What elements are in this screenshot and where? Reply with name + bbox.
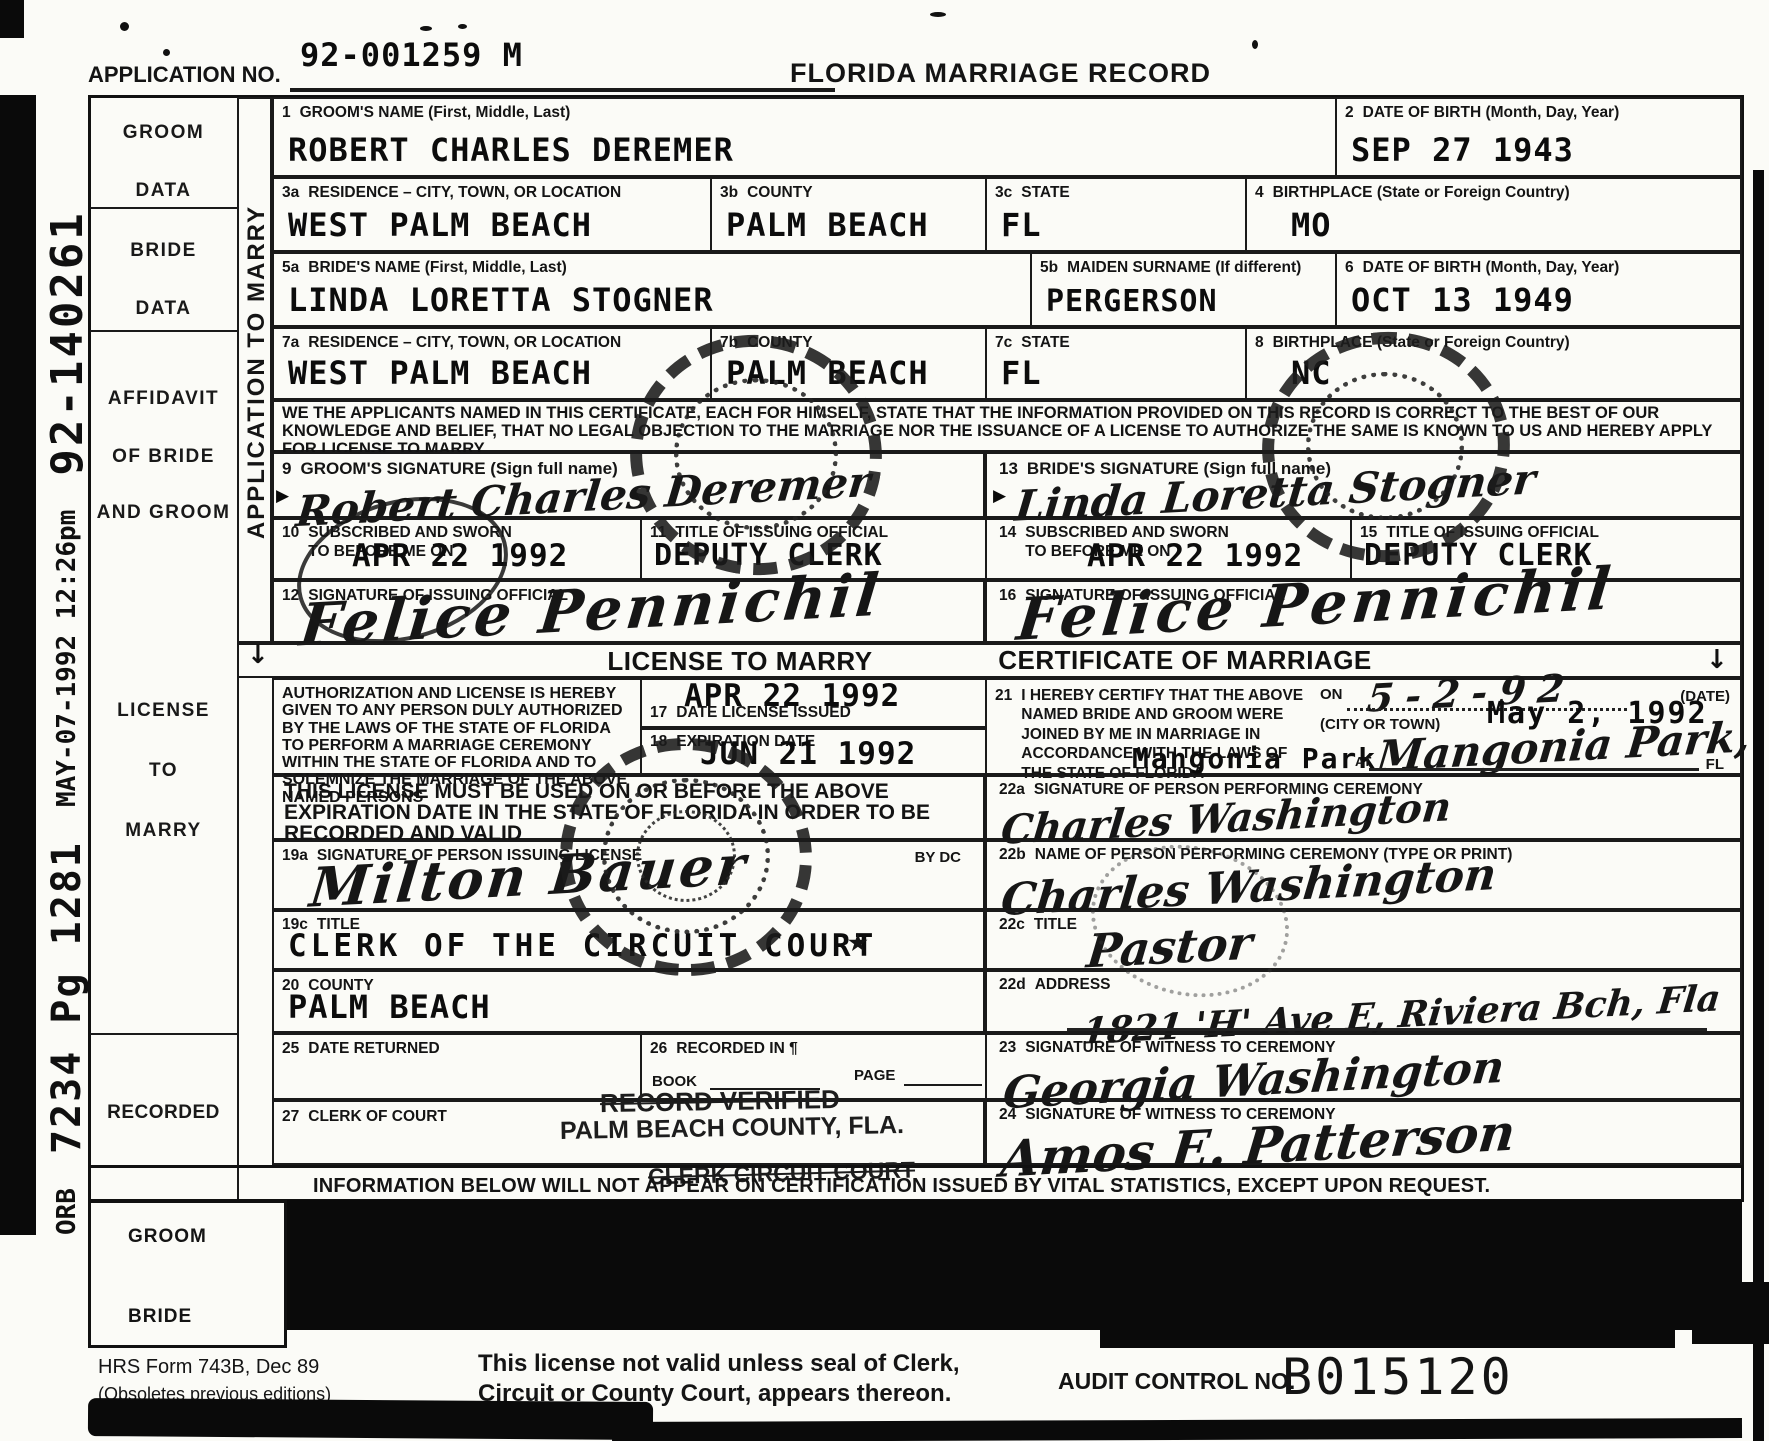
at-label: AT: [1355, 754, 1371, 769]
bride-name-value: LINDA LORETTA STOGNER: [288, 281, 714, 319]
field-groom-county: 3bCOUNTY PALM BEACH: [710, 177, 987, 252]
on-label: ON: [1320, 686, 1343, 703]
field-bride-dob: 6DATE OF BIRTH (Month, Day, Year) OCT 13…: [1335, 252, 1742, 327]
scan-smudge-bottom-right: [612, 1418, 1742, 1441]
redacted-block-extension: [1100, 1326, 1675, 1348]
page-line: [904, 1084, 982, 1086]
field-performer-address: 22dADDRESS 1821 'H' Ave E, Riviera Bch, …: [985, 970, 1742, 1033]
field-groom-state: 3cSTATE FL: [985, 177, 1247, 252]
section-label-groom: GROOM: [90, 122, 237, 144]
down-arrow-icon: ↓: [247, 640, 269, 670]
field-witness1-signature: 23SIGNATURE OF WITNESS TO CEREMONY Georg…: [985, 1033, 1742, 1100]
field-bride-maiden-surname: 5bMAIDEN SURNAME (If different) PERGERSO…: [1030, 252, 1337, 327]
scan-edge-left: [0, 95, 36, 1235]
field-groom-name: 1GROOM'S NAME (First, Middle, Last) ROBE…: [272, 97, 1337, 177]
court-seal-innermost-ring: [636, 810, 736, 902]
application-no-label: APPLICATION NO.: [88, 62, 281, 88]
field-bride-residence: 7aRESIDENCE – CITY, TOWN, OR LOCATION WE…: [272, 327, 712, 400]
certificate-typed-city: Mangonia Park: [1132, 742, 1377, 775]
down-arrow-icon: ↓: [1706, 645, 1728, 675]
section-label-license: LICENSE: [90, 700, 237, 722]
application-to-marry-strip: APPLICATION TO MARRY: [237, 97, 272, 643]
groom-name-value: ROBERT CHARLES DEREMER: [288, 131, 734, 169]
section-label-recorded: RECORDED: [90, 1102, 237, 1124]
audit-control-label: AUDIT CONTROL NO.: [1058, 1368, 1295, 1395]
affidavit-statement-box: WE THE APPLICANTS NAMED IN THIS CERTIFIC…: [272, 400, 1742, 452]
field-bride-name: 5aBRIDE'S NAME (First, Middle, Last) LIN…: [272, 252, 1032, 327]
page-title: FLORIDA MARRIAGE RECORD: [790, 58, 1210, 89]
field-issuing-official-signature-bride: 16SIGNATURE OF ISSUING OFFICIAL Felice P…: [985, 580, 1742, 643]
bride-maiden-value: PERGERSON: [1046, 284, 1218, 319]
section-label-groom-data: DATA: [90, 180, 237, 202]
license-authorization-box: AUTHORIZATION AND LICENSE IS HEREBY GIVE…: [272, 678, 642, 775]
signature-pointer-icon: ▶: [276, 486, 289, 506]
certificate-21-box: 21I HEREBY CERTIFY THAT THE ABOVE NAMED …: [985, 678, 1742, 775]
field-groom-dob: 2DATE OF BIRTH (Month, Day, Year) SEP 27…: [1335, 97, 1742, 177]
validity-note-line1: This license not valid unless seal of Cl…: [478, 1350, 960, 1378]
margin-book-page: 7234 Pg 1281: [44, 841, 90, 1154]
groom-residence-value: WEST PALM BEACH: [288, 206, 592, 244]
section-label-bride: BRIDE: [90, 240, 237, 262]
margin-file-number: 92-140261: [42, 210, 93, 475]
groom-birthplace-value: MO: [1291, 206, 1332, 244]
license-county-value: PALM BEACH: [288, 988, 491, 1026]
notary-seal-inner-ring: [1306, 372, 1464, 520]
bride-sworn-date-value: APR 22 1992: [1087, 538, 1303, 574]
field-bride-state: 7cSTATE FL: [985, 327, 1247, 400]
scan-edge-right: [1753, 170, 1764, 1441]
affidavit-statement: WE THE APPLICANTS NAMED IN THIS CERTIFIC…: [282, 405, 1732, 458]
bride-residence-value: WEST PALM BEACH: [288, 354, 592, 392]
section-label-marry: MARRY: [90, 820, 237, 842]
notary-seal-inner-ring: [674, 378, 838, 530]
section-label-to: TO: [90, 760, 237, 782]
bottom-groom-label: GROOM: [128, 1226, 207, 1248]
field-groom-birthplace: 4BIRTHPLACE (State or Foreign Country) M…: [1245, 177, 1742, 252]
scanned-marriage-record: ORB 7234 Pg 1281 MAY-07-1992 12:26pm 92-…: [0, 0, 1769, 1441]
at-underline: [1369, 768, 1699, 771]
field-license-county: 20COUNTY PALM BEACH: [272, 970, 985, 1033]
field-groom-residence: 3aRESIDENCE – CITY, TOWN, OR LOCATION WE…: [272, 177, 712, 252]
field-date-license-issued: APR 22 1992 17DATE LICENSE ISSUED: [640, 678, 987, 728]
bride-dob-value: OCT 13 1949: [1351, 281, 1574, 319]
redacted-block: [287, 1200, 1742, 1330]
field-witness2-signature: 24SIGNATURE OF WITNESS TO CEREMONY Amos …: [985, 1100, 1742, 1165]
groom-state-value: FL: [1001, 206, 1042, 244]
field-performer-signature: 22aSIGNATURE OF PERSON PERFORMING CEREMO…: [985, 775, 1742, 840]
by-dc-label: BY DC: [915, 849, 961, 866]
bride-state-value: FL: [1001, 354, 1042, 392]
form-id: HRS Form 743B, Dec 89: [98, 1356, 319, 1379]
seal-star-icon: ★: [848, 930, 868, 956]
section-label-and-groom: AND GROOM: [90, 502, 237, 524]
info-bar: INFORMATION BELOW WILL NOT APPEAR ON CER…: [88, 1165, 1744, 1202]
groom-dob-value: SEP 27 1943: [1351, 131, 1574, 169]
field-date-returned: 25DATE RETURNED: [272, 1033, 642, 1100]
address-underline: [1067, 1028, 1707, 1031]
certificate-section-title: CERTIFICATE OF MARRIAGE: [905, 645, 1465, 676]
county-stamp: PALM BEACH COUNTY, FLA.: [560, 1111, 904, 1146]
at-state-label: FL: [1706, 756, 1724, 773]
info-bar-text: INFORMATION BELOW WILL NOT APPEAR ON CER…: [313, 1175, 1490, 1198]
scan-smudge-bottom-left: [88, 1398, 653, 1440]
application-no-value: 92-001259 M: [300, 36, 523, 74]
bottom-bride-label: BRIDE: [128, 1306, 192, 1328]
page-label: PAGE: [854, 1067, 895, 1084]
signature-pointer-icon: ▶: [993, 486, 1006, 506]
scan-edge-corner: [0, 0, 24, 38]
section-label-bride-data: DATA: [90, 298, 237, 320]
section-label-affidavit: AFFIDAVIT: [90, 388, 237, 410]
groom-county-value: PALM BEACH: [726, 206, 929, 244]
margin-filed-datetime: MAY-07-1992 12:26pm: [52, 510, 82, 807]
application-to-marry-label: APPLICATION TO MARRY: [243, 205, 271, 539]
section-label-of-bride: OF BRIDE: [90, 446, 237, 468]
issuer-title-value: CLERK OF THE CIRCUIT COURT: [288, 928, 877, 964]
margin-orb: ORB: [52, 1188, 82, 1235]
audit-control-value: B015120: [1282, 1348, 1514, 1406]
application-no-underline: [290, 88, 835, 92]
